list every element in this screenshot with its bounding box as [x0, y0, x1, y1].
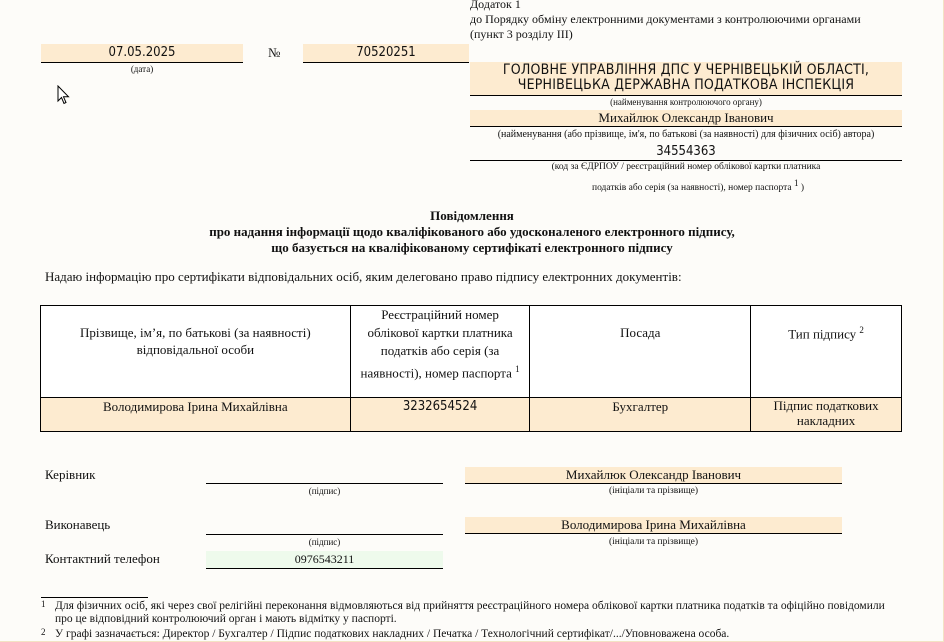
- tax-code-label-text: податків або серія (за наявності), номер…: [592, 183, 792, 193]
- author-label: (найменування (або прізвище, ім'я, по ба…: [470, 129, 902, 140]
- org-name-line-2: ЧЕРНІВЕЦЬКА ДЕРЖАВНА ПОДАТКОВА ІНСПЕКЦІЯ: [470, 78, 902, 93]
- title-line-2: про надання інформації щодо кваліфікован…: [0, 224, 944, 240]
- controlling-authority-label: (найменування контролюючого органу): [470, 97, 902, 107]
- header-position-text: Посада: [620, 325, 660, 340]
- mouse-cursor-icon: [57, 85, 70, 110]
- executor-signature-label: (підпис): [206, 537, 443, 547]
- header-signature-type: Тип підпису 2: [751, 306, 902, 398]
- executor-label: Виконавець: [45, 517, 110, 533]
- author-field[interactable]: Михайлюк Олександр Іванович: [470, 110, 902, 127]
- footnote-1-number: 1: [41, 598, 46, 611]
- org-name-line-1: ГОЛОВНЕ УПРАВЛІННЯ ДПС У ЧЕРНІВЕЦЬКІЙ ОБ…: [470, 63, 902, 78]
- footnote-ref-1: 1: [794, 178, 799, 188]
- number-sign: №: [268, 44, 280, 62]
- tax-code-field[interactable]: 34554363: [470, 143, 902, 161]
- appendix-line-3: (пункт 3 розділу ІІІ): [470, 27, 861, 42]
- footnote-ref-1: 1: [515, 364, 520, 374]
- header-full-name-text: Прізвище, ім’я, по батькові (за наявност…: [41, 324, 350, 358]
- tax-code-label-line-2: податків або серія (за наявності), номер…: [592, 178, 804, 193]
- tax-code-label-close: ): [801, 183, 804, 193]
- head-signature-label: (підпис): [206, 486, 443, 496]
- executor-name-label: (ініціали та прізвище): [465, 537, 842, 547]
- footnote-1-text: Для фізичних осіб, які через свої релігі…: [55, 600, 901, 626]
- cell-signature-type[interactable]: Підпис податкових накладних: [751, 398, 902, 432]
- phone-field[interactable]: 0976543211: [206, 551, 443, 569]
- footnote-1: 1 Для фізичних осіб, які через свої релі…: [41, 600, 901, 626]
- cell-position[interactable]: Бухгалтер: [530, 398, 751, 432]
- footnote-2-text: У графі зазначається: Директор / Бухгалт…: [55, 628, 901, 641]
- document-number-field[interactable]: 70520251: [303, 44, 469, 63]
- intro-text: Надаю інформацію про сертифікати відпові…: [45, 269, 682, 285]
- head-label: Керівник: [45, 467, 95, 483]
- footnote-2: 2 У графі зазначається: Директор / Бухга…: [41, 628, 901, 641]
- header-registration-number: Реєстраційний номер облікової картки пла…: [350, 306, 530, 398]
- header-registration-number-text: Реєстраційний номер облікової картки пла…: [351, 306, 530, 382]
- table-row: Володимирова Ірина Михайлівна 3232654524…: [41, 398, 902, 432]
- header-registration-text: Реєстраційний номер облікової картки пла…: [361, 307, 513, 380]
- header-position: Посада: [530, 306, 751, 398]
- executor-signature-line[interactable]: [206, 519, 443, 535]
- header-full-name: Прізвище, ім’я, по батькові (за наявност…: [41, 306, 351, 398]
- footnote-divider: [41, 597, 148, 598]
- title-line-3: що базується на кваліфікованому сертифік…: [0, 240, 944, 256]
- phone-label: Контактний телефон: [45, 551, 160, 567]
- head-name-label: (ініціали та прізвище): [465, 486, 842, 496]
- title-line-1: Повідомлення: [0, 208, 944, 224]
- document-title: Повідомлення про надання інформації щодо…: [0, 208, 944, 256]
- controlling-authority-field[interactable]: ГОЛОВНЕ УПРАВЛІННЯ ДПС У ЧЕРНІВЕЦЬКІЙ ОБ…: [470, 62, 902, 96]
- executor-name-field[interactable]: Володимирова Ірина Михайлівна: [465, 517, 842, 534]
- footnote-ref-2: 2: [859, 325, 864, 335]
- cell-registration-number[interactable]: 3232654524: [350, 398, 530, 432]
- responsible-persons-table: Прізвище, ім’я, по батькові (за наявност…: [40, 305, 902, 432]
- table-header-row: Прізвище, ім’я, по батькові (за наявност…: [41, 306, 902, 398]
- tax-code-label-line-1: (код за ЄДРПОУ / реєстраційний номер обл…: [470, 162, 902, 172]
- date-field[interactable]: 07.05.2025: [41, 44, 243, 63]
- head-name-field[interactable]: Михайлюк Олександр Іванович: [465, 467, 842, 484]
- header-signature-type-text: Тип підпису: [788, 326, 856, 341]
- footnote-2-number: 2: [41, 626, 46, 639]
- appendix-note: Додаток 1 до Порядку обміну електронними…: [470, 0, 861, 42]
- appendix-line-2: до Порядку обміну електронними документа…: [470, 12, 861, 27]
- appendix-line-1: Додаток 1: [470, 0, 861, 12]
- document-page: Додаток 1 до Порядку обміну електронними…: [0, 0, 944, 642]
- cell-full-name[interactable]: Володимирова Ірина Михайлівна: [41, 398, 351, 432]
- head-signature-line[interactable]: [206, 468, 443, 484]
- date-label: (дата): [41, 64, 243, 74]
